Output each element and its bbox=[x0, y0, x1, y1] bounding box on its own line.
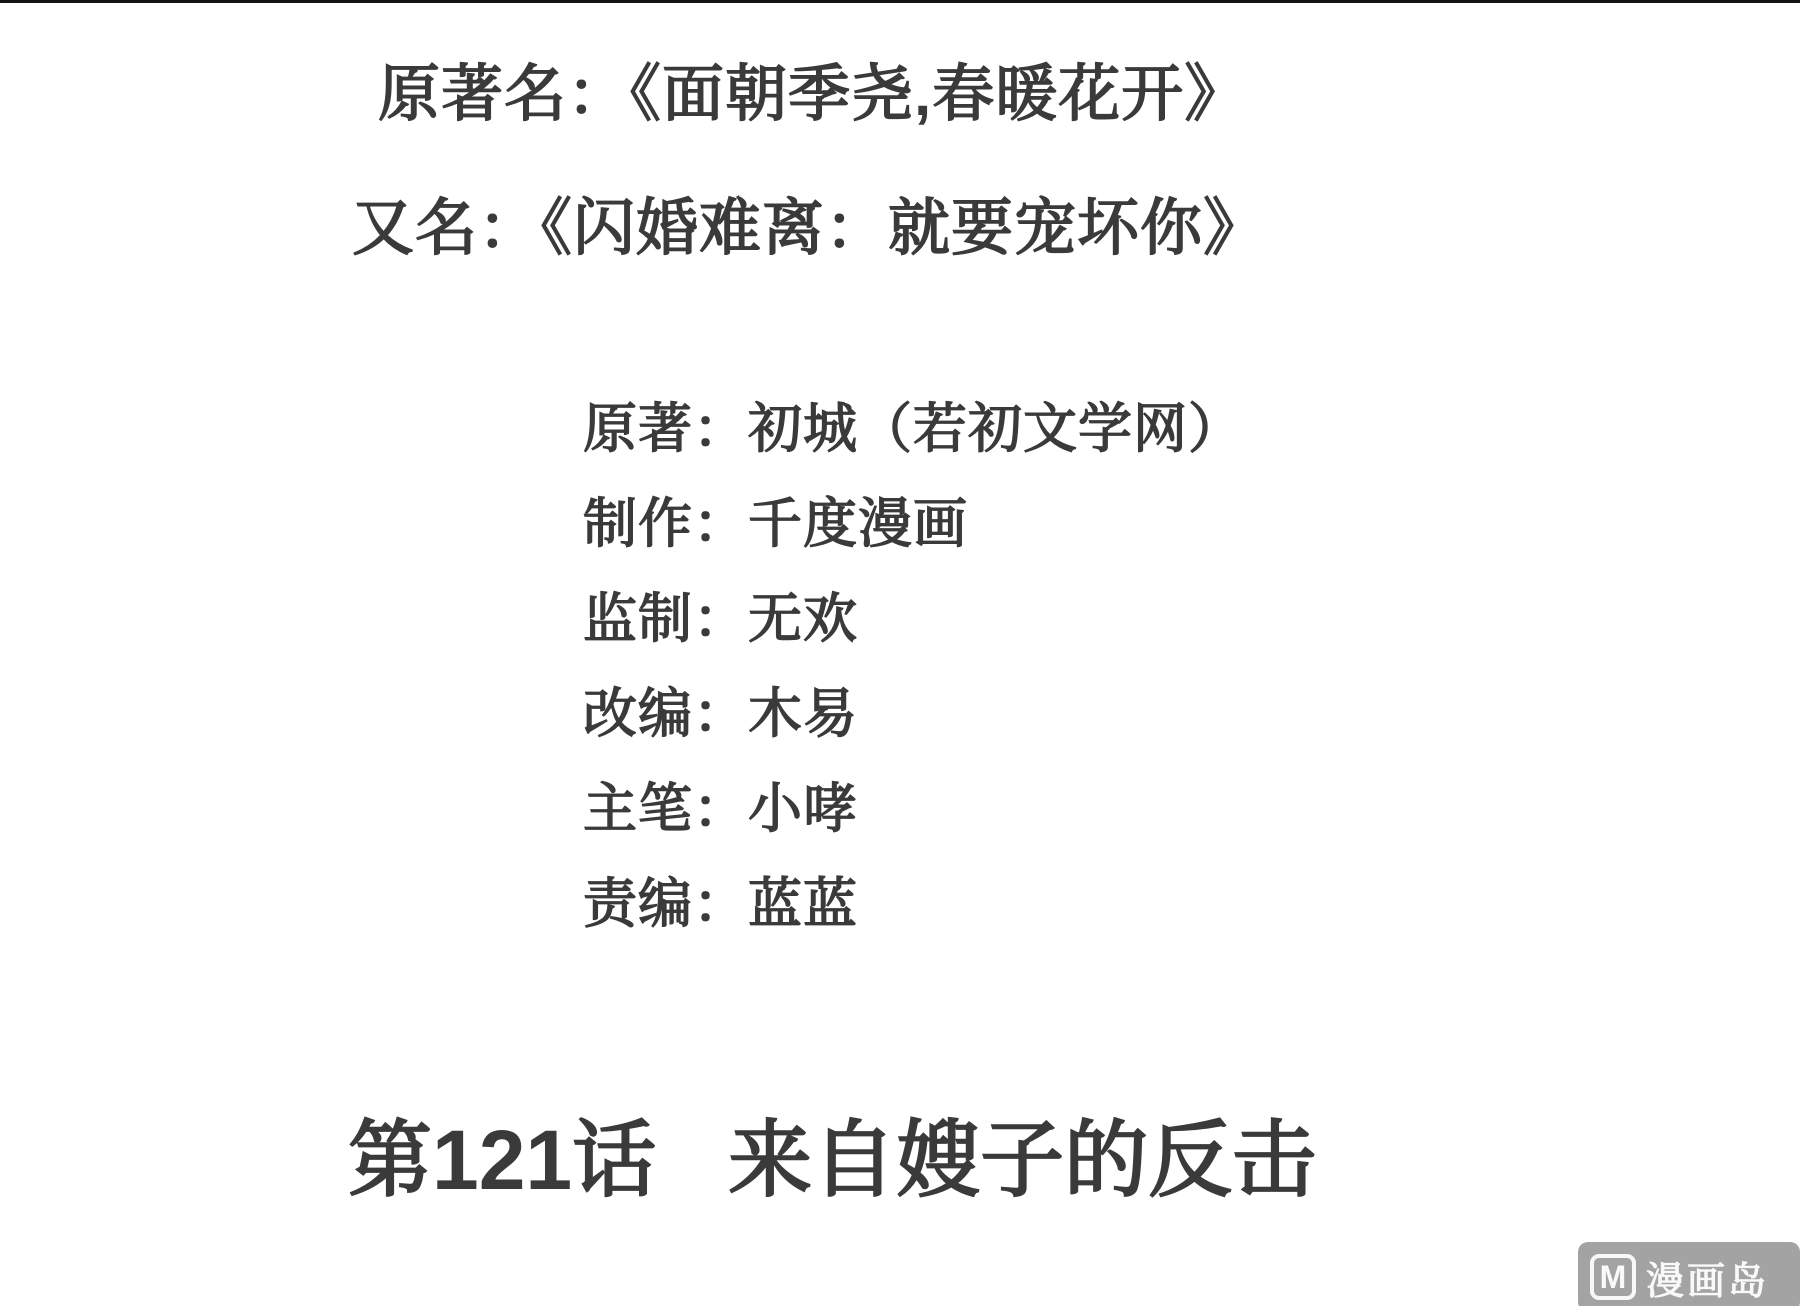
chapter-heading: 第121话来自嫂子的反击 bbox=[348, 1118, 1316, 1202]
comic-title-page: 原著名：《面朝季尧,春暖花开》 又名：《闪婚难离：就要宠坏你》 原著：初城（若初… bbox=[0, 0, 1800, 1306]
top-border-line bbox=[0, 0, 1800, 3]
manhuadao-m-icon: M bbox=[1590, 1254, 1636, 1300]
original-work-title: 原著名：《面朝季尧,春暖花开》 bbox=[378, 64, 1247, 126]
credit-original-author: 原著：初城（若初文学网） bbox=[583, 402, 1243, 456]
chapter-number: 第121话 bbox=[348, 1113, 656, 1207]
alternate-title: 又名：《闪婚难离：就要宠坏你》 bbox=[352, 198, 1266, 260]
credit-adaptation: 改编：木易 bbox=[583, 687, 1243, 741]
manhuadao-watermark: M 漫画岛 bbox=[1578, 1242, 1800, 1306]
manhuadao-site-name: 漫画岛 bbox=[1646, 1250, 1769, 1305]
credits-block: 原著：初城（若初文学网） 制作：千度漫画 监制：无欢 改编：木易 主笔：小哮 责… bbox=[583, 402, 1243, 972]
chapter-name: 来自嫂子的反击 bbox=[728, 1113, 1316, 1207]
credit-editor: 责编：蓝蓝 bbox=[583, 877, 1243, 931]
credit-production: 制作：千度漫画 bbox=[583, 497, 1243, 551]
credit-supervisor: 监制：无欢 bbox=[583, 592, 1243, 646]
credit-lead-artist: 主笔：小哮 bbox=[583, 782, 1243, 836]
